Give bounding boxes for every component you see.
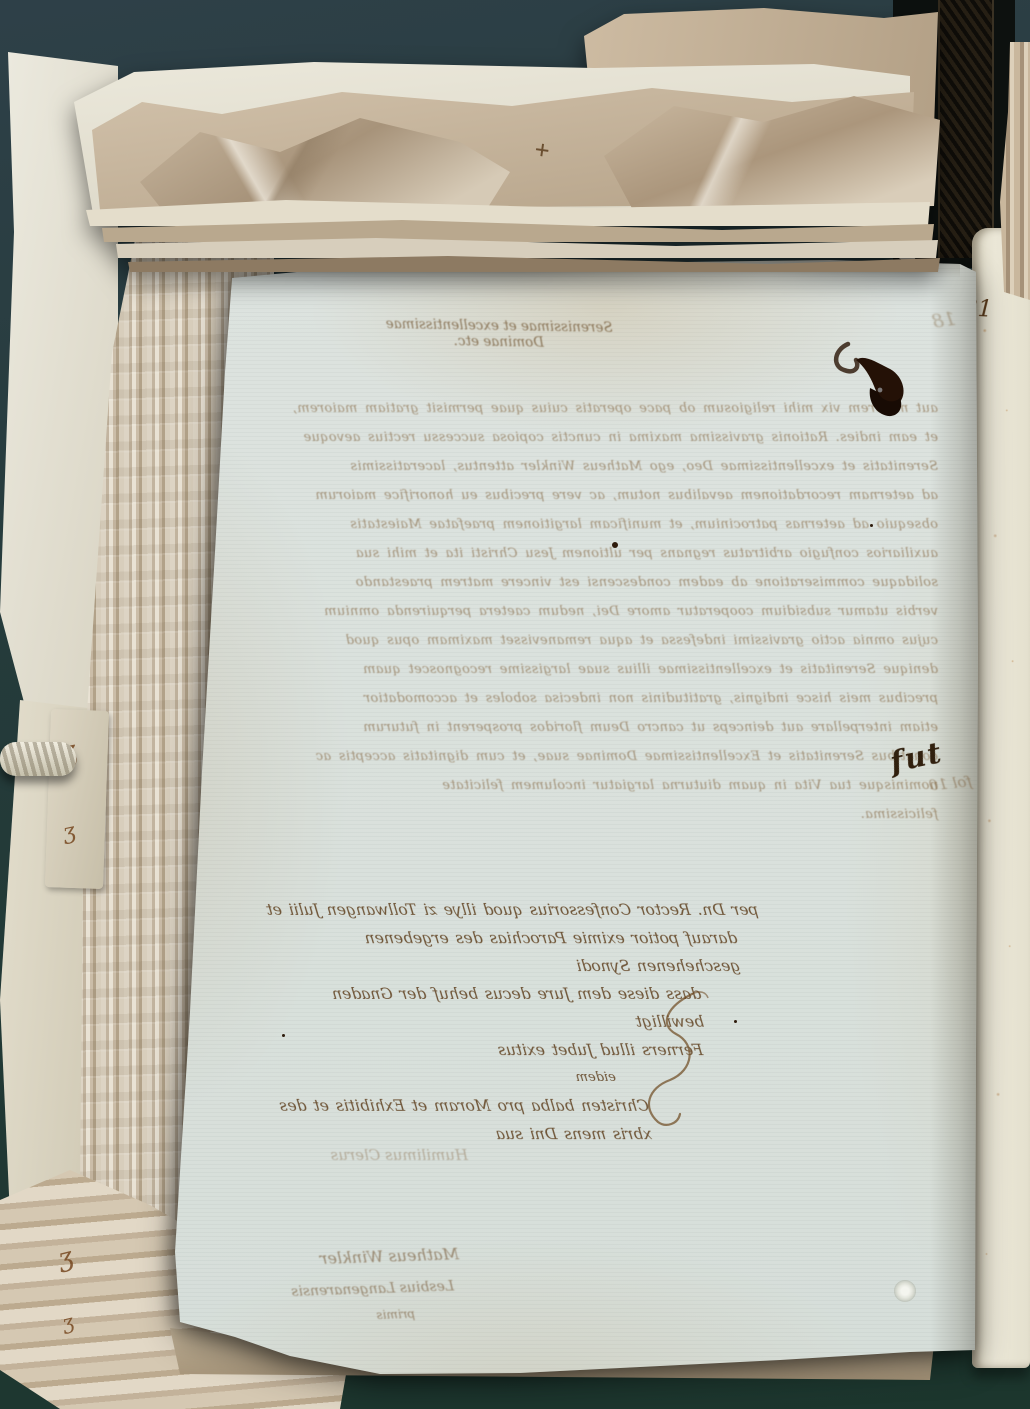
bleedthrough-paragraph: aut maiorem vix mihi religiosum ob pace … bbox=[262, 394, 938, 829]
torn-edge-layer bbox=[128, 256, 940, 272]
paper-flaw-rosette bbox=[894, 1280, 916, 1302]
top-damaged-leaves: + bbox=[48, 4, 918, 286]
folio-number-bleed: 18 bbox=[921, 308, 958, 335]
verso-page: Serenissimae et excellentissimae Dominae… bbox=[140, 252, 985, 1392]
handwriting-line: denique Serenitatis et excellentissimae … bbox=[262, 655, 938, 684]
manuscript-photo: { "scene": { "description": "Photograph … bbox=[0, 0, 1030, 1409]
handwriting-line: per Dn. Rector Confessorius quod illye z… bbox=[255, 896, 760, 924]
handwriting-line: auxiliarios confugio arbitratus regnans … bbox=[262, 539, 938, 568]
ink-scrawl: ʒ bbox=[61, 821, 78, 845]
signature-line: primis bbox=[241, 1307, 415, 1327]
handwriting-line: felicissima. bbox=[262, 800, 938, 829]
handwriting-line: cujus omnia actio gravissimi indefessa e… bbox=[262, 626, 938, 655]
verso-page-wrap: Serenissimae et excellentissimae Dominae… bbox=[140, 252, 985, 1392]
handwriting-line: obsequio ad aeternas patrocinium, et mun… bbox=[262, 510, 938, 539]
bleedthrough-signature-block: Matheus Winkler Lesbius Langenarensis pr… bbox=[239, 1244, 461, 1327]
ink-speck bbox=[282, 1034, 285, 1037]
handwriting-line: precibus meis hisce indignis, gratitudin… bbox=[262, 684, 938, 713]
ink-speck bbox=[612, 542, 618, 548]
ink-speck bbox=[870, 524, 873, 527]
binding-tie-cord bbox=[0, 742, 76, 776]
signature-line: Lesbius Langenarensis bbox=[240, 1278, 454, 1301]
handwriting-line: nominisque tua Vita in quam diuturna lar… bbox=[262, 771, 938, 800]
ink-blot bbox=[828, 332, 914, 428]
handwriting-line: verbis utamur subsidium cooperatur amore… bbox=[262, 597, 938, 626]
handwriting-line: conatibus Serenitatis et Excellentissima… bbox=[262, 742, 938, 771]
signature-line: Matheus Winkler bbox=[239, 1244, 460, 1271]
bleedthrough-heading: Serenissimae et excellentissimae Dominae… bbox=[368, 316, 631, 353]
handwriting-line: darauf potior eximie Parochias des ergeb… bbox=[258, 924, 766, 980]
folded-strip-with-scrawls: ʒ ʒ bbox=[45, 709, 109, 889]
braided-spine-cord bbox=[938, 0, 994, 258]
handwriting-line: solidaque commiseratione ab eadem condes… bbox=[262, 568, 938, 597]
cross-pen-mark: + bbox=[533, 137, 556, 164]
bleedthrough-humility-line: Humilimus Clerus bbox=[296, 1146, 468, 1164]
handwriting-line: etiam interpellare aut deinceps ut cancr… bbox=[262, 713, 938, 742]
handwriting-line: ad aeternam recordationem aevalibus notu… bbox=[262, 481, 938, 510]
ink-speck bbox=[734, 1020, 737, 1023]
pen-flourish-paraph bbox=[592, 984, 712, 1134]
handwriting-line: Serenitatis et excellentissimae Deo, ego… bbox=[262, 452, 938, 481]
